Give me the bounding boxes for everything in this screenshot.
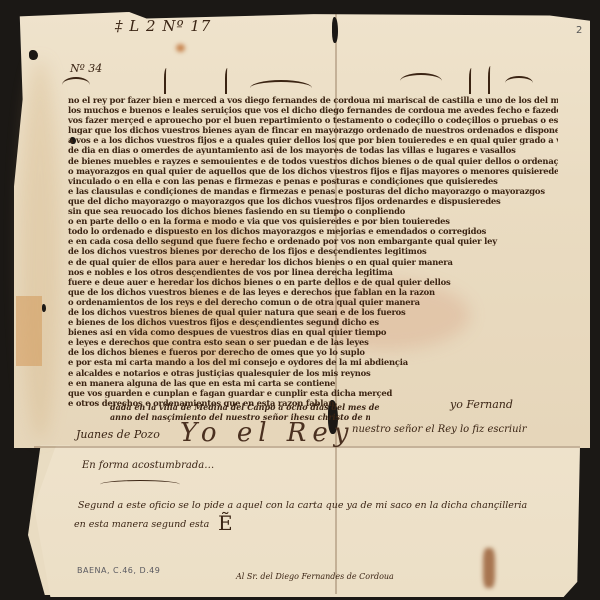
registry-note-line-2: Segund a este oficio se lo pide a aquel … <box>78 500 527 511</box>
cap-flourish <box>400 73 442 89</box>
text-line: e las clausulas e condiçiones de mandas … <box>68 186 558 196</box>
charter-body-text: no el rey por fazer bien e merced a vos … <box>68 95 558 407</box>
text-line: e alcaldes e notarios e otras justiçias … <box>68 368 558 378</box>
text-line: e en cada cosa dello segund que fuere fe… <box>68 237 558 247</box>
left-name-signature: Juanes de Pozo <box>76 428 160 441</box>
cap-flourish <box>250 80 312 96</box>
text-line: no el rey por fazer bien e merced a vos … <box>68 95 558 105</box>
text-line: los muchos e buenos e leales seruiçios q… <box>68 105 558 115</box>
text-line: vinculado o en ella e con las penas e fi… <box>68 176 558 186</box>
cap-flourish <box>505 76 533 90</box>
bottom-endorsement: Al Sr. del Diego Fernandes de Cordoua <box>236 572 394 581</box>
document-number: Nº 34 <box>70 62 102 75</box>
shelfmark-prefix: ‡ <box>115 17 124 35</box>
secretary-signature: yo Fernand <box>450 398 513 411</box>
text-line: nos e nobles e los otros desçendientes d… <box>68 267 558 277</box>
text-line: de los dichos vuestros bienes de qual qu… <box>68 307 558 317</box>
archive-stamp: BAENA, C.46, D.49 <box>77 566 160 575</box>
text-line: fuere e deue auer e heredar los dichos b… <box>68 277 558 287</box>
secretary-line: nuestro señor el Rey lo fiz escriuir <box>352 424 527 435</box>
text-line: o en parte dello o en la forma e modo e … <box>68 216 558 226</box>
text-line: o ordenamientos de los reys e del derech… <box>68 297 558 307</box>
text-line: bienes asi en vida como despues de vuest… <box>68 327 558 337</box>
registry-note: En forma acostumbrada… <box>82 460 214 471</box>
text-line: que vos guarden e cunplan e fagan guarda… <box>68 388 558 398</box>
shelfmark: ‡ L 2 Nº 17 <box>115 17 211 35</box>
text-line: a vos e a los dichos vuestros fijos e a … <box>68 136 558 146</box>
ascender-flourish <box>488 66 494 94</box>
underline-flourish <box>100 480 180 489</box>
brown-stain <box>483 548 495 588</box>
registry-note-line-3: en esta manera segund esta <box>74 519 209 530</box>
worm-hole <box>29 50 38 60</box>
text-line: que de los dichos vuestros bienes e de l… <box>68 287 558 297</box>
text-line: e en manera alguna de las que en esta mi… <box>68 378 558 388</box>
text-line: de bienes muebles e rayzes e semouientes… <box>68 156 558 166</box>
rust-spot <box>176 44 185 52</box>
cap-flourish <box>62 77 90 93</box>
text-line: lugar que los dichos vuestros bienes aya… <box>68 126 558 136</box>
text-line: de los dichos vuestros bienes por derech… <box>68 247 558 257</box>
text-line: e bienes de los dichos vuestros fijos e … <box>68 317 558 327</box>
ascender-flourish <box>164 68 170 94</box>
text-line: de dia en dias o omerdes de ayuntamiento… <box>68 146 558 156</box>
king-signature: Yo el Rey <box>180 418 354 448</box>
text-line: vos fazer merçed e aprouecho por el buen… <box>68 115 558 125</box>
text-line: o mayorazgos en qual quier de aquellos q… <box>68 166 558 176</box>
text-line: que del dicho mayorazgo o mayorazgos que… <box>68 196 558 206</box>
text-line: todo lo ordenado e dispuesto en los dich… <box>68 226 558 236</box>
text-line: e de qual quier de ellos para auer e her… <box>68 257 558 267</box>
text-line: e por esta mi carta mando a los del mi c… <box>68 358 558 368</box>
shelfmark-value: L 2 Nº 17 <box>129 17 211 35</box>
worm-hole <box>332 17 338 43</box>
worm-hole <box>42 304 46 312</box>
dating-clause: dada en la villa de Medina del Canpo a o… <box>110 402 379 412</box>
text-line: de los dichos bienes e fueros por derech… <box>68 348 558 358</box>
folio-number: 2 <box>576 25 582 36</box>
text-line: sin que sea reuocado los dichos bienes f… <box>68 206 558 216</box>
text-line: e leyes e derechos que contra esto sean … <box>68 338 558 348</box>
water-stain <box>20 60 60 440</box>
rubric-mark: Ẽ <box>218 511 233 535</box>
ascender-flourish <box>225 68 231 94</box>
ascender-flourish <box>469 68 475 94</box>
